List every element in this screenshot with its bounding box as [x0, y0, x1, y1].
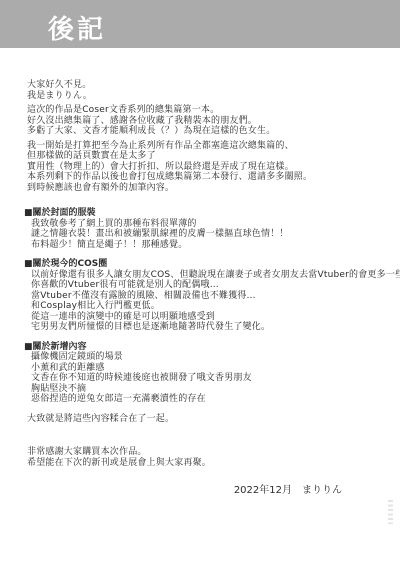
text-line: 從這一連串的演變中的確是可以明顯地感受到	[31, 312, 390, 323]
section-heading: ■關於現今的COS圈	[24, 259, 390, 270]
text-line: 胸貼堅決不摘	[31, 384, 390, 395]
text-line: 到時候應該也會有額外的加筆內容。	[27, 183, 390, 194]
afterword-content: 大家好久不見。 我是まりりん。 這次的作品是Coser文香系列的總集篇第一本。 …	[0, 48, 400, 497]
text-line: 好久沒出總集篇了、感謝各位收藏了我精裝本的朋友們。	[27, 116, 390, 127]
text-line: 攝像機固定鏡頭的場景	[31, 352, 390, 363]
text-line: 我是まりりん。	[27, 91, 390, 102]
page-title: 後記	[48, 9, 106, 46]
text-line: 以前好像還有很多人讓女朋友COS、但聽說現在讓妻子或者女朋友去當Vtuber的會…	[31, 270, 390, 281]
text-line: 謎之情趣衣裝！畫出和被繃緊肌線裡的皮膚一樣摳直球色情！！	[31, 229, 390, 240]
text-line: 小薰和武的距離感	[31, 363, 390, 374]
text-line: 文香在你不知道的時候連後庭也被開發了哦文香男朋友	[31, 373, 390, 384]
date-signature: 2022年12月 まりりん	[27, 485, 390, 497]
section-cover-outfit: ■關於封面的服裝 我致敬參考了網上買的那種布料很單薄的 謎之情趣衣裝！畫出和被繃…	[27, 208, 390, 250]
section-heading: ■關於新增內容	[24, 342, 390, 353]
text-line: 宅男男友們所憧憬的目標也是逐漸地隨著時代發生了變化。	[31, 322, 390, 333]
text-line: 非常感謝大家購買本次作品。	[27, 447, 390, 458]
section-cos-scene: ■關於現今的COS圈 以前好像還有很多人讓女朋友COS、但聽說現在讓妻子或者女朋…	[27, 259, 390, 333]
summary-line: 大致就是將這些內容糅合在了一起。	[27, 414, 390, 425]
text-line: 本系列剩下的作品以後也會打包成總集篇第二本發行、還請多多關照。	[27, 172, 390, 183]
text-line: 我致敬參考了網上買的那種布料很單薄的	[31, 219, 390, 230]
text-line: 和Cosplay相比入行門檻更低。	[31, 301, 390, 312]
section-body: 以前好像還有很多人讓女朋友COS、但聽說現在讓妻子或者女朋友去當Vtuber的會…	[27, 270, 390, 333]
text-line: 但那樣做的話頁數實在是太多了	[27, 151, 390, 162]
greeting-paragraph: 大家好久不見。 我是まりりん。	[27, 80, 390, 101]
section-new-content: ■關於新增內容 攝像機固定鏡頭的場景 小薰和武的距離感 文香在你不知道的時候連後…	[27, 342, 390, 405]
thanks-paragraph: 非常感謝大家購買本次作品。 希望能在下次的新刊或是展會上與大家再聚。	[27, 447, 390, 468]
text-line: 惡俗捏造的逆兔女郎這一充滿褻瀆性的存在	[31, 394, 390, 405]
section-body: 我致敬參考了網上買的那種布料很單薄的 謎之情趣衣裝！畫出和被繃緊肌線裡的皮膚一樣…	[27, 219, 390, 251]
section-heading: ■關於封面的服裝	[24, 208, 390, 219]
text-line: 布料超少！簡直是繩子！！那種感覺。	[31, 240, 390, 251]
section-body: 攝像機固定鏡頭的場景 小薰和武的距離感 文香在你不知道的時候連後庭也被開發了哦文…	[27, 352, 390, 405]
page-number-mark	[388, 500, 393, 524]
text-line: 大致就是將這些內容糅合在了一起。	[27, 414, 390, 425]
text-line: 我一開始是打算把至今為止系列所有作品全都塞進這次總集篇的、	[27, 141, 390, 152]
text-line: 你喜歡的Vtuber很有可能就是別人的配偶哦…	[31, 280, 390, 291]
afterword-page: 後記 大家好久不見。 我是まりりん。 這次的作品是Coser文香系列的總集篇第一…	[0, 0, 400, 565]
text-line: 希望能在下次的新刊或是展會上與大家再聚。	[27, 458, 390, 469]
text-line: 多虧了大家、文香才能順利成長（？）為現在這樣的色女生。	[27, 126, 390, 137]
text-line: 實用性（物理上的）會大打折扣、所以最終還是弄成了現在這樣。	[27, 162, 390, 173]
intro-paragraph: 這次的作品是Coser文香系列的總集篇第一本。 好久沒出總集篇了、感謝各位收藏了…	[27, 105, 390, 137]
text-line: 這次的作品是Coser文香系列的總集篇第一本。	[27, 105, 390, 116]
plan-paragraph: 我一開始是打算把至今為止系列所有作品全都塞進這次總集篇的、 但那樣做的話頁數實在…	[27, 141, 390, 194]
text-line: 大家好久不見。	[27, 80, 390, 91]
text-line: 當Vtuber不僅沒有露臉的風險、相關設備也不難獲得…	[31, 291, 390, 302]
page-header: 後記	[0, 0, 400, 48]
